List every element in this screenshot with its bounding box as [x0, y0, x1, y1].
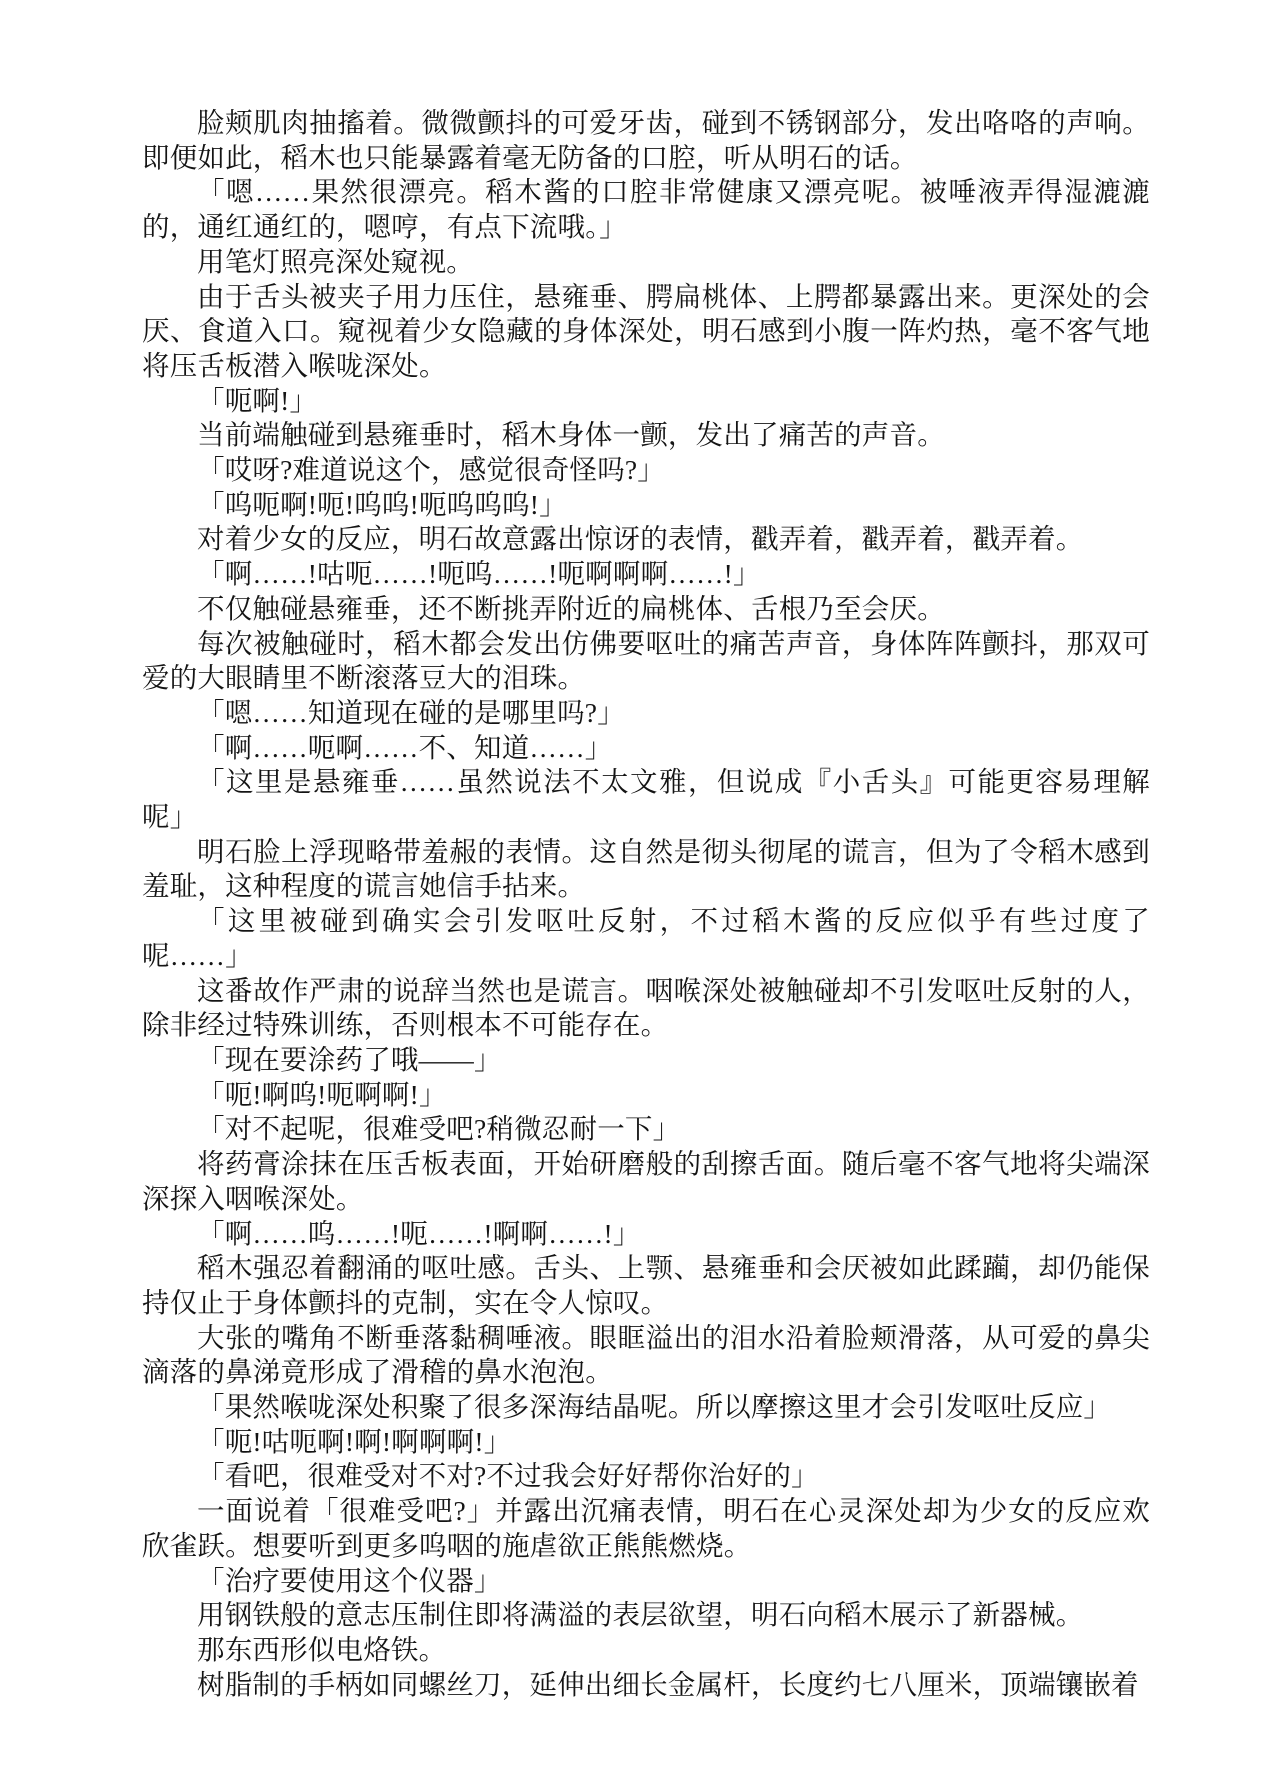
paragraph-dialogue: 「呃啊!」: [142, 384, 1150, 419]
paragraph-narration: 明石脸上浮现略带羞赧的表情。这自然是彻头彻尾的谎言，但为了令稻木感到羞耻，这种程…: [142, 835, 1150, 904]
paragraph-narration: 用钢铁般的意志压制住即将满溢的表层欲望，明石向稻木展示了新器械。: [142, 1598, 1150, 1633]
paragraph-narration: 每次被触碰时，稻木都会发出仿佛要呕吐的痛苦声音，身体阵阵颤抖，那双可爱的大眼睛里…: [142, 627, 1150, 696]
paragraph-narration: 稻木强忍着翻涌的呕吐感。舌头、上颚、悬雍垂和会厌被如此蹂躏，却仍能保持仅止于身体…: [142, 1251, 1150, 1320]
paragraph-narration: 大张的嘴角不断垂落黏稠唾液。眼眶溢出的泪水沿着脸颊滑落，从可爱的鼻尖滴落的鼻涕竟…: [142, 1321, 1150, 1390]
paragraph-dialogue: 「果然喉咙深处积聚了很多深海结晶呢。所以摩擦这里才会引发呕吐反应」: [142, 1390, 1150, 1425]
text-block: 脸颊肌肉抽搐着。微微颤抖的可爱牙齿，碰到不锈钢部分，发出咯咯的声响。即便如此，稻…: [142, 106, 1150, 1702]
paragraph-narration: 用笔灯照亮深处窥视。: [142, 245, 1150, 280]
paragraph-narration: 对着少女的反应，明石故意露出惊讶的表情，戳弄着，戳弄着，戳弄着。: [142, 522, 1150, 557]
paragraph-narration: 树脂制的手柄如同螺丝刀，延伸出细长金属杆，长度约七八厘米，顶端镶嵌着: [142, 1668, 1150, 1703]
paragraph-dialogue: 「这里是悬雍垂……虽然说法不太文雅，但说成『小舌头』可能更容易理解呢」: [142, 765, 1150, 834]
paragraph-narration: 一面说着「很难受吧?」并露出沉痛表情，明石在心灵深处却为少女的反应欢欣雀跃。想要…: [142, 1494, 1150, 1563]
paragraph-dialogue: 「啊……呜……!呃……!啊啊……!」: [142, 1217, 1150, 1252]
paragraph-dialogue: 「哎呀?难道说这个，感觉很奇怪吗?」: [142, 453, 1150, 488]
paragraph-dialogue: 「啊……!咕呃……!呃呜……!呃啊啊啊……!」: [142, 557, 1150, 592]
paragraph-dialogue: 「治疗要使用这个仪器」: [142, 1564, 1150, 1599]
paragraph-dialogue: 「啊……呃啊……不、知道……」: [142, 731, 1150, 766]
paragraph-narration: 当前端触碰到悬雍垂时，稻木身体一颤，发出了痛苦的声音。: [142, 418, 1150, 453]
paragraph-dialogue: 「看吧，很难受对不对?不过我会好好帮你治好的」: [142, 1459, 1150, 1494]
paragraph-dialogue: 「呃!咕呃啊!啊!啊啊啊!」: [142, 1425, 1150, 1460]
paragraph-narration: 这番故作严肃的说辞当然也是谎言。咽喉深处被触碰却不引发呕吐反射的人，除非经过特殊…: [142, 974, 1150, 1043]
paragraph-narration: 那东西形似电烙铁。: [142, 1633, 1150, 1668]
paragraph-dialogue: 「嗯……知道现在碰的是哪里吗?」: [142, 696, 1150, 731]
paragraph-narration: 将药膏涂抹在压舌板表面，开始研磨般的刮擦舌面。随后毫不客气地将尖端深深探入咽喉深…: [142, 1147, 1150, 1216]
document-page: 脸颊肌肉抽搐着。微微颤抖的可爱牙齿，碰到不锈钢部分，发出咯咯的声响。即便如此，稻…: [0, 0, 1280, 1790]
paragraph-dialogue: 「呜呃啊!呃!呜呜!呃呜呜呜!」: [142, 488, 1150, 523]
paragraph-dialogue: 「嗯……果然很漂亮。稻木酱的口腔非常健康又漂亮呢。被唾液弄得湿漉漉的，通红通红的…: [142, 175, 1150, 244]
paragraph-dialogue: 「这里被碰到确实会引发呕吐反射，不过稻木酱的反应似乎有些过度了呢……」: [142, 904, 1150, 973]
paragraph-narration: 不仅触碰悬雍垂，还不断挑弄附近的扁桃体、舌根乃至会厌。: [142, 592, 1150, 627]
paragraph-dialogue: 「现在要涂药了哦——」: [142, 1043, 1150, 1078]
paragraph-narration: 由于舌头被夹子用力压住，悬雍垂、腭扁桃体、上腭都暴露出来。更深处的会厌、食道入口…: [142, 280, 1150, 384]
paragraph-dialogue: 「呃!啊呜!呃啊啊!」: [142, 1078, 1150, 1113]
paragraph-narration: 脸颊肌肉抽搐着。微微颤抖的可爱牙齿，碰到不锈钢部分，发出咯咯的声响。即便如此，稻…: [142, 106, 1150, 175]
paragraph-dialogue: 「对不起呢，很难受吧?稍微忍耐一下」: [142, 1112, 1150, 1147]
